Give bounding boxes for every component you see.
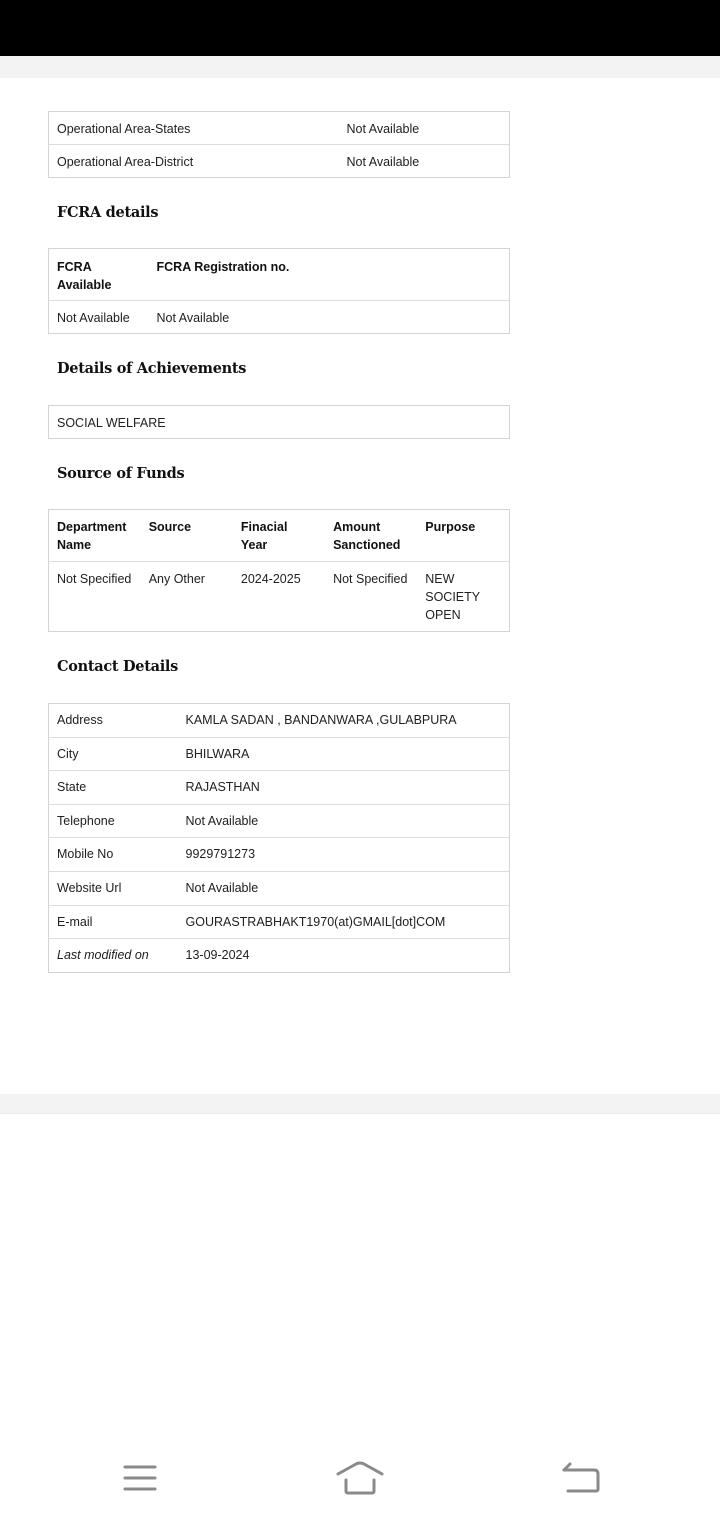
- table-row: Operational Area-District Not Available: [49, 145, 510, 178]
- row-label: E-mail: [49, 905, 178, 939]
- table-row: SOCIAL WELFARE: [49, 406, 510, 439]
- email-value: GOURASTRABHAKT1970(at)GMAIL[dot]COM: [178, 905, 510, 939]
- source-of-funds-table: Department Name Source Finacial Year Amo…: [48, 509, 510, 632]
- table-row: E-mail GOURASTRABHAKT1970(at)GMAIL[dot]C…: [49, 905, 510, 939]
- state-value: RAJASTHAN: [178, 771, 510, 805]
- row-label: Telephone: [49, 804, 178, 838]
- column-header: Source: [141, 510, 233, 562]
- table-header-row: FCRA Available FCRA Registration no.: [49, 249, 510, 301]
- back-button[interactable]: [556, 1458, 604, 1498]
- contact-section-title: Contact Details: [48, 658, 510, 703]
- table-cell: NEW SOCIETY OPEN: [417, 562, 509, 632]
- row-label: City: [49, 737, 178, 771]
- system-navigation-bar: [0, 1440, 720, 1520]
- table-cell: 2024-2025: [233, 562, 325, 632]
- last-modified-value: 13-09-2024: [178, 939, 510, 973]
- row-value: Not Available: [339, 112, 510, 145]
- table-row: State RAJASTHAN: [49, 771, 510, 805]
- city-value: BHILWARA: [178, 737, 510, 771]
- contact-details-table: Address KAMLA SADAN , BANDANWARA ,GULABP…: [48, 703, 510, 973]
- column-header: Purpose: [417, 510, 509, 562]
- row-label: Operational Area-States: [49, 112, 339, 145]
- fcra-table: FCRA Available FCRA Registration no. Not…: [48, 248, 510, 334]
- row-label: Mobile No: [49, 838, 178, 872]
- table-row: Not Available Not Available: [49, 301, 510, 334]
- table-cell: SOCIAL WELFARE: [49, 406, 510, 439]
- funds-section-title: Source of Funds: [48, 465, 510, 509]
- row-value: Not Available: [339, 145, 510, 178]
- table-row: Telephone Not Available: [49, 804, 510, 838]
- page-content: Operational Area-States Not Available Op…: [48, 111, 510, 973]
- table-cell: Any Other: [141, 562, 233, 632]
- website-value: Not Available: [178, 871, 510, 905]
- mobile-value: 9929791273: [178, 838, 510, 872]
- home-button[interactable]: [336, 1458, 384, 1498]
- menu-button[interactable]: [116, 1458, 164, 1498]
- row-label: Operational Area-District: [49, 145, 339, 178]
- table-row: Not Specified Any Other 2024-2025 Not Sp…: [49, 562, 510, 632]
- table-header-row: Department Name Source Finacial Year Amo…: [49, 510, 510, 562]
- telephone-value: Not Available: [178, 804, 510, 838]
- achievements-table: SOCIAL WELFARE: [48, 405, 510, 439]
- table-row: Last modified on 13-09-2024: [49, 939, 510, 973]
- back-icon: [560, 1461, 600, 1495]
- table-row: Website Url Not Available: [49, 871, 510, 905]
- column-header: Finacial Year: [233, 510, 325, 562]
- address-value: KAMLA SADAN , BANDANWARA ,GULABPURA: [178, 704, 510, 738]
- column-header: Department Name: [49, 510, 141, 562]
- row-label: State: [49, 771, 178, 805]
- table-cell: Not Available: [49, 301, 149, 334]
- table-cell: Not Specified: [325, 562, 417, 632]
- column-header: FCRA Registration no.: [149, 249, 510, 301]
- status-bar: [0, 0, 720, 56]
- menu-icon: [122, 1463, 158, 1493]
- column-header: Amount Sanctioned: [325, 510, 417, 562]
- home-icon: [336, 1460, 384, 1496]
- row-label: Last modified on: [49, 939, 178, 973]
- table-cell: Not Specified: [49, 562, 141, 632]
- row-label: Address: [49, 704, 178, 738]
- table-row: Mobile No 9929791273: [49, 838, 510, 872]
- operational-area-table: Operational Area-States Not Available Op…: [48, 111, 510, 178]
- column-header: FCRA Available: [49, 249, 149, 301]
- page-footer-band: [0, 1094, 720, 1114]
- row-label: Website Url: [49, 871, 178, 905]
- achievements-section-title: Details of Achievements: [48, 360, 510, 405]
- table-row: Operational Area-States Not Available: [49, 112, 510, 145]
- fcra-section-title: FCRA details: [48, 204, 510, 248]
- page-header-band: [0, 56, 720, 78]
- table-cell: Not Available: [149, 301, 510, 334]
- table-row: City BHILWARA: [49, 737, 510, 771]
- table-row: Address KAMLA SADAN , BANDANWARA ,GULABP…: [49, 704, 510, 738]
